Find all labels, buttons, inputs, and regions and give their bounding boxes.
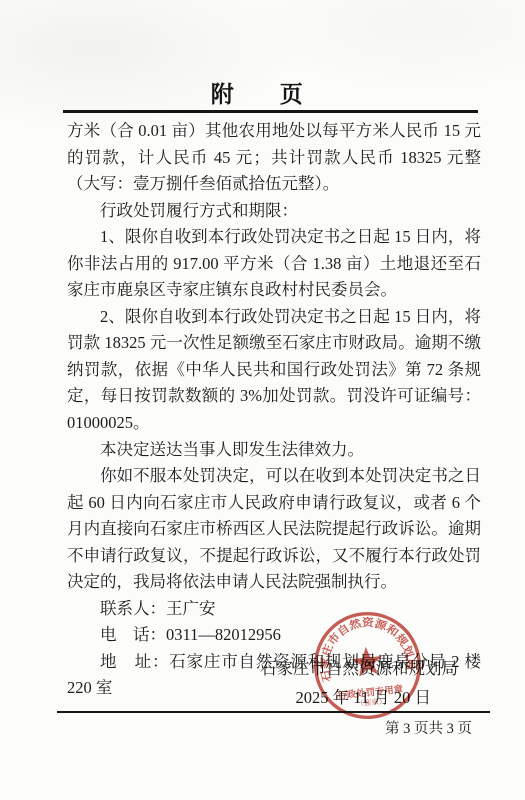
page-title: 附 页 [0, 76, 525, 109]
paragraph-item-1-land-return: 1、限你自收到本行政处罚决定书之日起 15 日内，将你非法占用的 917.00 … [67, 224, 481, 304]
document-body: 方米（合 0.01 亩）其他农用地处以每平方米人民币 15 元的罚款，计人民币 … [67, 118, 481, 702]
signature-organization: 石家庄市自然资源和规划局 [260, 655, 458, 679]
contact-person-line: 联系人：王广安 [67, 596, 481, 623]
header-rule [63, 110, 478, 113]
paragraph-appeal-rights: 你如不服本处罚决定，可以在收到本处罚决定书之日起 60 日内向石家庄市人民政府申… [67, 463, 481, 596]
paragraph-fine-continuation: 方米（合 0.01 亩）其他农用地处以每平方米人民币 15 元的罚款，计人民币 … [67, 118, 481, 198]
document-page: 附 页 方米（合 0.01 亩）其他农用地处以每平方米人民币 15 元的罚款，计… [0, 0, 525, 800]
signature-date: 2025 年 11 月 20 日 [295, 684, 431, 708]
paragraph-enforcement-heading: 行政处罚履行方式和期限： [67, 198, 481, 225]
footer-rule [57, 711, 490, 713]
contact-phone-line: 电 话：0311—82012956 [67, 622, 481, 649]
paragraph-item-2-fine-payment: 2、限你自收到本行政处罚决定书之日起 15 日内，将罚款 18325 元一次性足… [67, 304, 481, 437]
page-number-indicator: 第 3 页共 3 页 [385, 717, 472, 738]
paragraph-legal-effect: 本决定送达当事人即发生法律效力。 [67, 437, 481, 464]
